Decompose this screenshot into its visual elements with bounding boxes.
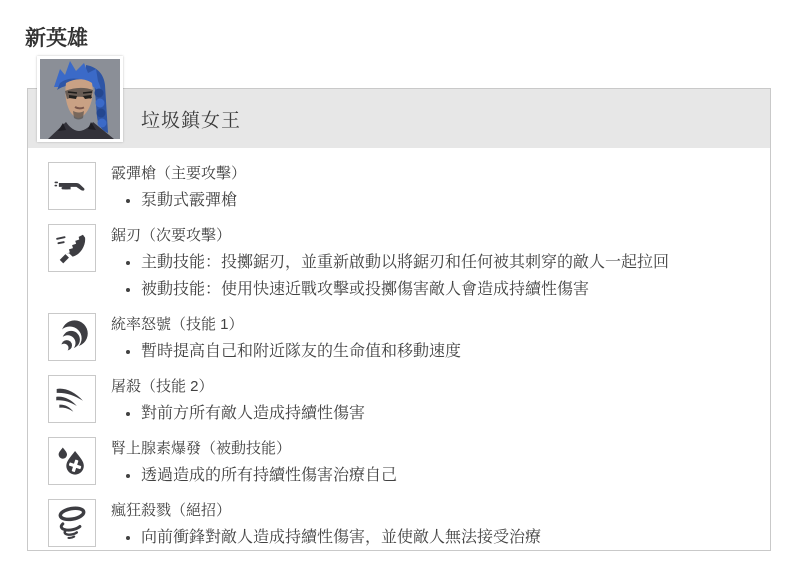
shotgun-icon (48, 162, 96, 210)
page-title: 新英雄 (25, 22, 88, 52)
ability-row: 屠殺（技能 2） 對前方所有敵人造成持續性傷害 (48, 375, 750, 427)
rampage-icon (48, 499, 96, 547)
ability-list: 霰彈槍（主要攻擊） 泵動式霰彈槍 鋸刃（次要攻擊） (28, 148, 770, 551)
ability-title: 鋸刃（次要攻擊） (111, 225, 669, 246)
ability-row: 統率怒號（技能 1） 暫時提高自己和附近隊友的生命值和移動速度 (48, 313, 750, 365)
ability-title: 腎上腺素爆發（被動技能） (111, 438, 397, 459)
ability-row: 鋸刃（次要攻擊） 主動技能：投擲鋸刃，並重新啟動以將鋸刃和任何被其刺穿的敵人一起… (48, 224, 750, 303)
ability-detail: 透過造成的所有持續性傷害治療自己 (141, 462, 397, 489)
hero-card: 垃圾鎮女王 霰彈槍（主要攻擊） 泵動式霰彈槍 (27, 88, 771, 551)
hero-portrait (37, 56, 123, 142)
hero-card-header: 垃圾鎮女王 (28, 89, 770, 148)
jagged-blade-icon (48, 224, 96, 272)
ability-detail: 向前衝鋒對敵人造成持續性傷害，並使敵人無法接受治療 (141, 524, 541, 551)
ability-detail: 暫時提高自己和附近隊友的生命值和移動速度 (141, 338, 461, 365)
ability-title: 屠殺（技能 2） (111, 376, 365, 397)
commanding-shout-icon (48, 313, 96, 361)
ability-row: 瘋狂殺戮（絕招） 向前衝鋒對敵人造成持續性傷害，並使敵人無法接受治療 (48, 499, 750, 551)
ability-title: 瘋狂殺戮（絕招） (111, 500, 541, 521)
ability-title: 霰彈槍（主要攻擊） (111, 163, 246, 184)
ability-detail: 泵動式霰彈槍 (141, 187, 246, 214)
carnage-icon (48, 375, 96, 423)
ability-row: 霰彈槍（主要攻擊） 泵動式霰彈槍 (48, 162, 750, 214)
hero-name: 垃圾鎮女王 (141, 105, 241, 132)
hero-portrait-image (40, 59, 120, 139)
ability-detail: 主動技能：投擲鋸刃，並重新啟動以將鋸刃和任何被其刺穿的敵人一起拉回 (141, 249, 669, 276)
adrenaline-rush-icon (48, 437, 96, 485)
ability-title: 統率怒號（技能 1） (111, 314, 461, 335)
ability-detail: 對前方所有敵人造成持續性傷害 (141, 400, 365, 427)
ability-row: 腎上腺素爆發（被動技能） 透過造成的所有持續性傷害治療自己 (48, 437, 750, 489)
ability-detail: 被動技能：使用快速近戰攻擊或投擲傷害敵人會造成持續性傷害 (141, 276, 669, 303)
